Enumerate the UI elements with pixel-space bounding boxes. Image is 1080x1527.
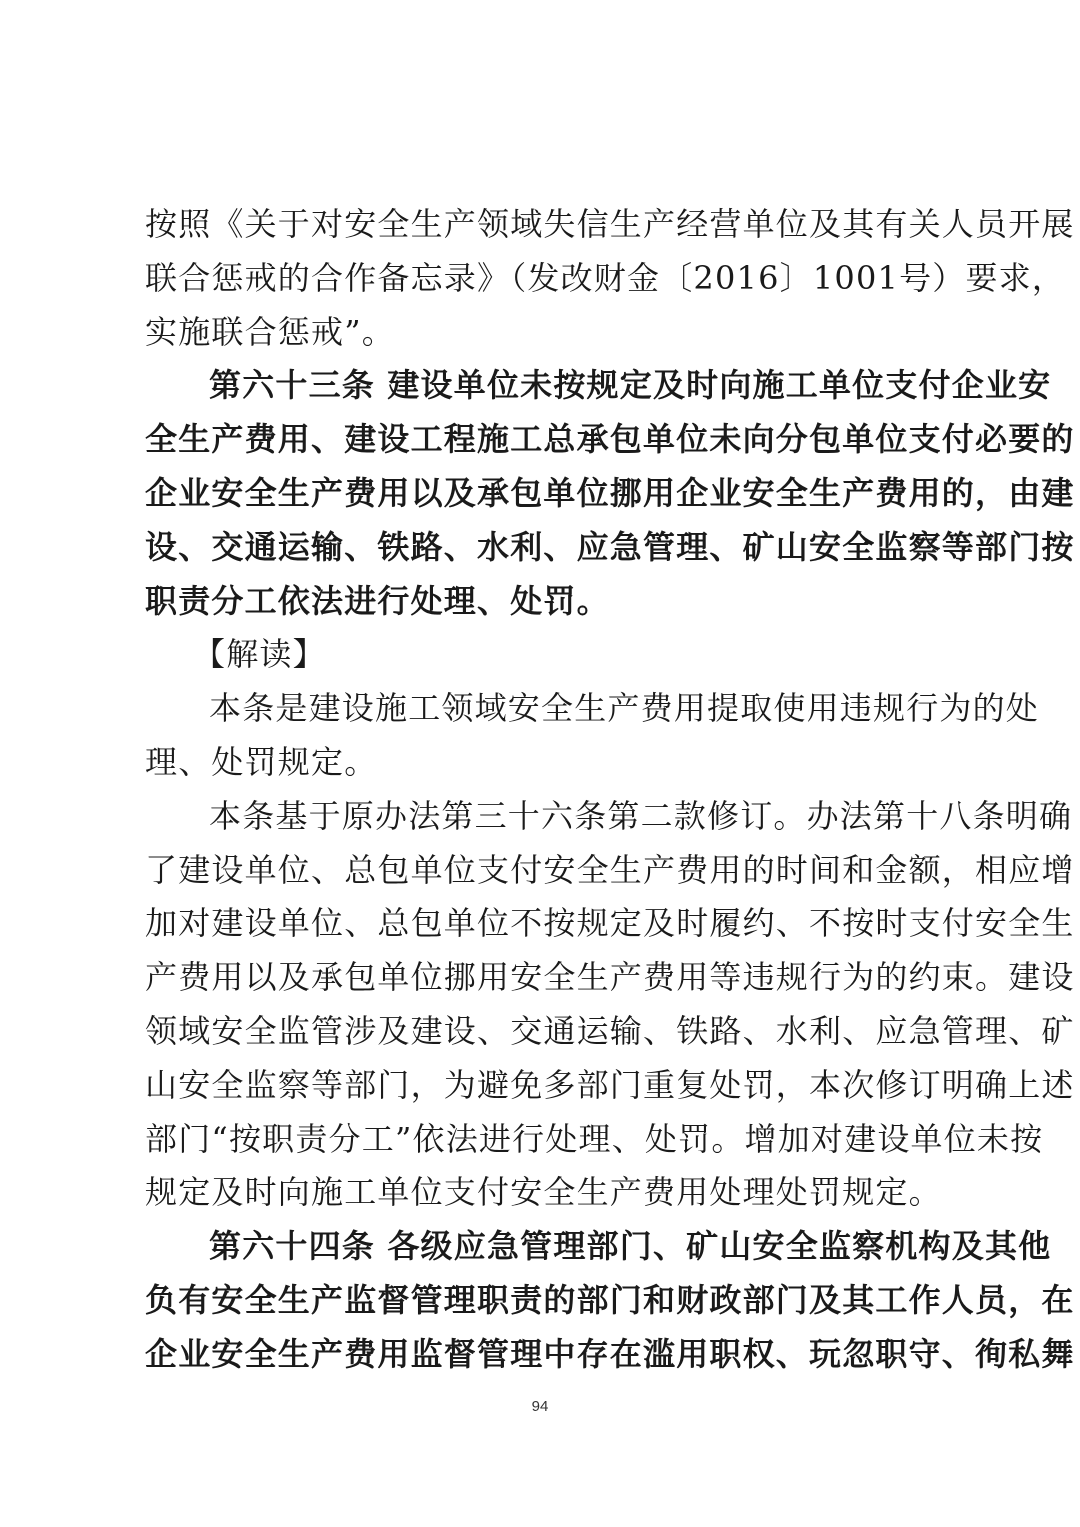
article-63: 第六十三条 建设单位未按规定及时向施工单位支付企业安 全生产费用、建设工程施工总…	[145, 359, 947, 628]
text-line: 规定及时向施工单位支付安全生产费用处理处罚规定。	[145, 1166, 947, 1220]
text-line: 实施联合惩戒”。	[145, 306, 947, 360]
text-line: 本条基于原办法第三十六条第二款修订。办法第十八条明确	[145, 790, 947, 844]
interpretation-paragraph-2: 本条基于原办法第三十六条第二款修订。办法第十八条明确 了建设单位、总包单位支付安…	[145, 790, 947, 1220]
page-number: 94	[0, 1398, 1080, 1415]
interpretation-paragraph-1: 本条是建设施工领域安全生产费用提取使用违规行为的处 理、处罚规定。	[145, 682, 947, 790]
text-line: 企业安全生产费用监督管理中存在滥用职权、玩忽职守、徇私舞	[145, 1328, 947, 1382]
text-line: 职责分工依法进行处理、处罚。	[145, 575, 947, 629]
document-page: 按照《关于对安全生产领域失信生产经营单位及其有关人员开展 联合惩戒的合作备忘录》…	[145, 198, 947, 1382]
text-line: 山安全监察等部门，为避免多部门重复处罚，本次修订明确上述	[145, 1059, 947, 1113]
text-line: 产费用以及承包单位挪用安全生产费用等违规行为的约束。建设	[145, 951, 947, 1005]
text-line: 了建设单位、总包单位支付安全生产费用的时间和金额，相应增	[145, 844, 947, 898]
text-line: 设、交通运输、铁路、水利、应急管理、矿山安全监察等部门按	[145, 521, 947, 575]
section-heading: 【解读】	[145, 628, 947, 682]
text-line: 部门“按职责分工”依法进行处理、处罚。增加对建设单位未按	[145, 1113, 947, 1167]
text-line: 联合惩戒的合作备忘录》（发改财金〔2016〕1001号）要求，	[145, 252, 947, 306]
text-line: 本条是建设施工领域安全生产费用提取使用违规行为的处	[145, 682, 947, 736]
text-line: 第六十四条 各级应急管理部门、矿山安全监察机构及其他	[145, 1220, 947, 1274]
text-line: 企业安全生产费用以及承包单位挪用企业安全生产费用的，由建	[145, 467, 947, 521]
interpretation-heading: 【解读】	[145, 628, 947, 682]
text-line: 加对建设单位、总包单位不按规定及时履约、不按时支付安全生	[145, 897, 947, 951]
text-line: 全生产费用、建设工程施工总承包单位未向分包单位支付必要的	[145, 413, 947, 467]
text-line: 第六十三条 建设单位未按规定及时向施工单位支付企业安	[145, 359, 947, 413]
paragraph-continuation: 按照《关于对安全生产领域失信生产经营单位及其有关人员开展 联合惩戒的合作备忘录》…	[145, 198, 947, 359]
article-64: 第六十四条 各级应急管理部门、矿山安全监察机构及其他 负有安全生产监督管理职责的…	[145, 1220, 947, 1381]
text-line: 理、处罚规定。	[145, 736, 947, 790]
text-line: 按照《关于对安全生产领域失信生产经营单位及其有关人员开展	[145, 198, 947, 252]
text-line: 负有安全生产监督管理职责的部门和财政部门及其工作人员，在	[145, 1274, 947, 1328]
text-line: 领域安全监管涉及建设、交通运输、铁路、水利、应急管理、矿	[145, 1005, 947, 1059]
